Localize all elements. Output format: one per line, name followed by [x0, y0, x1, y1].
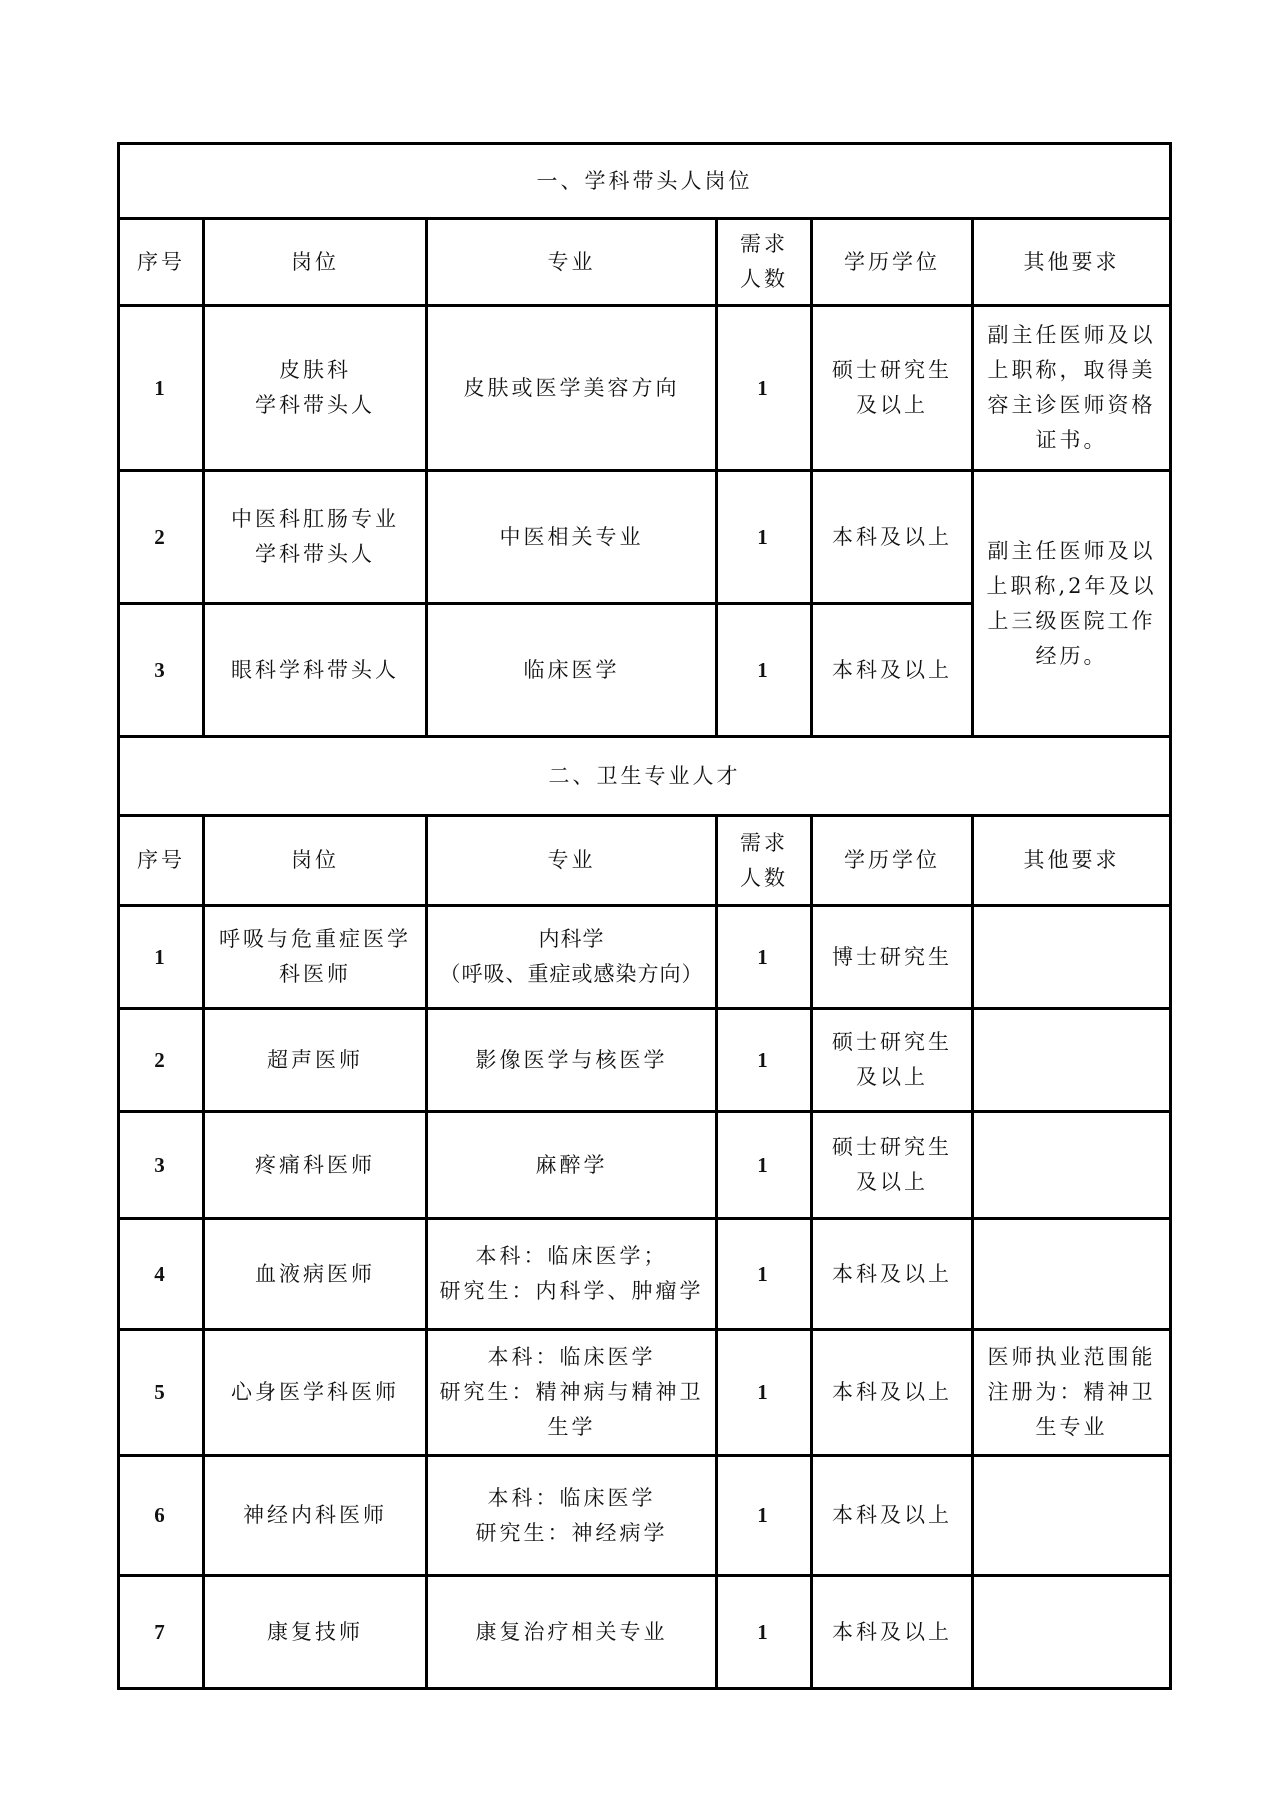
row-education: 硕士研究生 及以上 [812, 1009, 973, 1112]
row-position: 心身医学科医师 [204, 1330, 427, 1456]
major-line: （呼吸、重症或感染方向） [428, 957, 715, 992]
row-no: 1 [119, 906, 204, 1009]
education-line: 本科及以上 [813, 1375, 971, 1410]
row-education: 博士研究生 [812, 906, 973, 1009]
section-title: 二、卫生专业人才 [119, 737, 1171, 816]
row-count: 1 [717, 1219, 812, 1330]
header-position: 岗位 [204, 816, 427, 906]
row-position: 血液病医师 [204, 1219, 427, 1330]
table-row: 2 超声医师 影像医学与核医学 1 硕士研究生 及以上 [119, 1009, 1171, 1112]
section-title: 一、学科带头人岗位 [119, 144, 1171, 219]
row-count: 1 [717, 471, 812, 604]
row-major: 本科：临床医学 研究生：神经病学 [427, 1456, 717, 1576]
table-row: 1 呼吸与危重症医学 科医师 内科学 （呼吸、重症或感染方向） 1 博士研究生 [119, 906, 1171, 1009]
header-count: 需求 人数 [717, 219, 812, 306]
row-count: 1 [717, 1456, 812, 1576]
table-row: 5 心身医学科医师 本科：临床医学 研究生：精神病与精神卫 生学 1 本科及以上… [119, 1330, 1171, 1456]
row-position: 康复技师 [204, 1576, 427, 1689]
position-line: 皮肤科 [205, 353, 425, 388]
position-line: 学科带头人 [205, 537, 425, 572]
row-other [973, 1576, 1171, 1689]
position-line: 神经内科医师 [205, 1498, 425, 1533]
major-line: 康复治疗相关专业 [428, 1615, 715, 1650]
position-line: 疼痛科医师 [205, 1148, 425, 1183]
recruitment-table: 一、学科带头人岗位 序号 岗位 专业 需求 人数 学历学位 其他要求 1 皮肤科… [117, 142, 1172, 1690]
row-position: 中医科肛肠专业 学科带头人 [204, 471, 427, 604]
education-line: 硕士研究生 [813, 353, 971, 388]
row-education: 本科及以上 [812, 1219, 973, 1330]
row-count: 1 [717, 1112, 812, 1219]
other-line: 证书。 [974, 423, 1169, 458]
major-line: 内科学 [428, 922, 715, 957]
education-line: 本科及以上 [813, 520, 971, 555]
header-no: 序号 [119, 219, 204, 306]
table-row: 4 血液病医师 本科：临床医学； 研究生：内科学、肿瘤学 1 本科及以上 [119, 1219, 1171, 1330]
header-education: 学历学位 [812, 816, 973, 906]
row-education: 本科及以上 [812, 1330, 973, 1456]
other-line: 注册为：精神卫 [974, 1375, 1169, 1410]
header-count-line: 人数 [718, 861, 810, 896]
position-line: 呼吸与危重症医学 [205, 922, 425, 957]
major-line: 本科：临床医学； [428, 1239, 715, 1274]
position-line: 血液病医师 [205, 1257, 425, 1292]
row-other [973, 1009, 1171, 1112]
section-title-row: 一、学科带头人岗位 [119, 144, 1171, 219]
row-major: 临床医学 [427, 604, 717, 737]
header-education: 学历学位 [812, 219, 973, 306]
row-other [973, 1456, 1171, 1576]
header-major: 专业 [427, 219, 717, 306]
position-line: 眼科学科带头人 [205, 653, 425, 688]
row-no: 2 [119, 1009, 204, 1112]
row-major: 本科：临床医学 研究生：精神病与精神卫 生学 [427, 1330, 717, 1456]
row-no: 7 [119, 1576, 204, 1689]
row-count: 1 [717, 306, 812, 471]
row-count: 1 [717, 906, 812, 1009]
table-row: 6 神经内科医师 本科：临床医学 研究生：神经病学 1 本科及以上 [119, 1456, 1171, 1576]
other-line: 容主诊医师资格 [974, 388, 1169, 423]
row-position: 皮肤科 学科带头人 [204, 306, 427, 471]
other-line: 副主任医师及以 [974, 318, 1169, 353]
education-line: 及以上 [813, 388, 971, 423]
row-position: 神经内科医师 [204, 1456, 427, 1576]
major-line: 影像医学与核医学 [428, 1043, 715, 1078]
table-row: 1 皮肤科 学科带头人 皮肤或医学美容方向 1 硕士研究生 及以上 副主任医师及… [119, 306, 1171, 471]
education-line: 本科及以上 [813, 653, 971, 688]
row-no: 3 [119, 1112, 204, 1219]
row-education: 本科及以上 [812, 604, 973, 737]
education-line: 本科及以上 [813, 1615, 971, 1650]
row-count: 1 [717, 1009, 812, 1112]
major-line: 生学 [428, 1410, 715, 1445]
header-no: 序号 [119, 816, 204, 906]
education-line: 本科及以上 [813, 1257, 971, 1292]
row-other [973, 1219, 1171, 1330]
row-major: 皮肤或医学美容方向 [427, 306, 717, 471]
major-line: 研究生：精神病与精神卫 [428, 1375, 715, 1410]
major-line: 本科：临床医学 [428, 1481, 715, 1516]
row-other [973, 906, 1171, 1009]
row-no: 2 [119, 471, 204, 604]
row-education: 本科及以上 [812, 1576, 973, 1689]
row-position: 疼痛科医师 [204, 1112, 427, 1219]
row-no: 6 [119, 1456, 204, 1576]
row-major: 麻醉学 [427, 1112, 717, 1219]
position-line: 超声医师 [205, 1043, 425, 1078]
row-education: 硕士研究生 及以上 [812, 1112, 973, 1219]
row-no: 1 [119, 306, 204, 471]
row-education: 本科及以上 [812, 471, 973, 604]
position-line: 心身医学科医师 [205, 1375, 425, 1410]
row-major: 本科：临床医学； 研究生：内科学、肿瘤学 [427, 1219, 717, 1330]
header-count-line: 需求 [718, 227, 810, 262]
position-line: 科医师 [205, 957, 425, 992]
table-row: 3 疼痛科医师 麻醉学 1 硕士研究生 及以上 [119, 1112, 1171, 1219]
other-line: 副主任医师及以 [974, 534, 1169, 569]
header-row: 序号 岗位 专业 需求 人数 学历学位 其他要求 [119, 219, 1171, 306]
other-line: 生专业 [974, 1410, 1169, 1445]
education-line: 本科及以上 [813, 1498, 971, 1533]
row-count: 1 [717, 604, 812, 737]
major-line: 本科：临床医学 [428, 1340, 715, 1375]
major-line: 麻醉学 [428, 1148, 715, 1183]
education-line: 博士研究生 [813, 940, 971, 975]
row-no: 3 [119, 604, 204, 737]
header-count-line: 人数 [718, 262, 810, 297]
position-line: 康复技师 [205, 1615, 425, 1650]
row-count: 1 [717, 1576, 812, 1689]
row-count: 1 [717, 1330, 812, 1456]
row-position: 眼科学科带头人 [204, 604, 427, 737]
header-other: 其他要求 [973, 219, 1171, 306]
row-major: 康复治疗相关专业 [427, 1576, 717, 1689]
education-line: 硕士研究生 [813, 1025, 971, 1060]
header-count-line: 需求 [718, 826, 810, 861]
row-major: 中医相关专业 [427, 471, 717, 604]
row-other-merged: 副主任医师及以 上职称,2年及以 上三级医院工作 经历。 [973, 471, 1171, 737]
education-line: 硕士研究生 [813, 1130, 971, 1165]
row-position: 超声医师 [204, 1009, 427, 1112]
section-title-row: 二、卫生专业人才 [119, 737, 1171, 816]
major-line: 临床医学 [428, 653, 715, 688]
position-line: 中医科肛肠专业 [205, 502, 425, 537]
row-education: 硕士研究生 及以上 [812, 306, 973, 471]
header-count: 需求 人数 [717, 816, 812, 906]
major-line: 皮肤或医学美容方向 [428, 371, 715, 406]
other-line: 上职称,2年及以 [974, 569, 1169, 604]
other-line: 医师执业范围能 [974, 1340, 1169, 1375]
header-row: 序号 岗位 专业 需求 人数 学历学位 其他要求 [119, 816, 1171, 906]
row-major: 影像医学与核医学 [427, 1009, 717, 1112]
row-other: 副主任医师及以 上职称，取得美 容主诊医师资格 证书。 [973, 306, 1171, 471]
header-other: 其他要求 [973, 816, 1171, 906]
education-line: 及以上 [813, 1165, 971, 1200]
row-education: 本科及以上 [812, 1456, 973, 1576]
other-line: 上三级医院工作 [974, 604, 1169, 639]
row-major: 内科学 （呼吸、重症或感染方向） [427, 906, 717, 1009]
row-other [973, 1112, 1171, 1219]
header-position: 岗位 [204, 219, 427, 306]
major-line: 中医相关专业 [428, 520, 715, 555]
position-line: 学科带头人 [205, 388, 425, 423]
major-line: 研究生：内科学、肿瘤学 [428, 1274, 715, 1309]
row-no: 5 [119, 1330, 204, 1456]
table-row: 2 中医科肛肠专业 学科带头人 中医相关专业 1 本科及以上 副主任医师及以 上… [119, 471, 1171, 604]
table-row: 7 康复技师 康复治疗相关专业 1 本科及以上 [119, 1576, 1171, 1689]
row-no: 4 [119, 1219, 204, 1330]
major-line: 研究生：神经病学 [428, 1516, 715, 1551]
row-position: 呼吸与危重症医学 科医师 [204, 906, 427, 1009]
other-line: 上职称，取得美 [974, 353, 1169, 388]
header-major: 专业 [427, 816, 717, 906]
education-line: 及以上 [813, 1060, 971, 1095]
row-other: 医师执业范围能 注册为：精神卫 生专业 [973, 1330, 1171, 1456]
other-line: 经历。 [974, 639, 1169, 674]
